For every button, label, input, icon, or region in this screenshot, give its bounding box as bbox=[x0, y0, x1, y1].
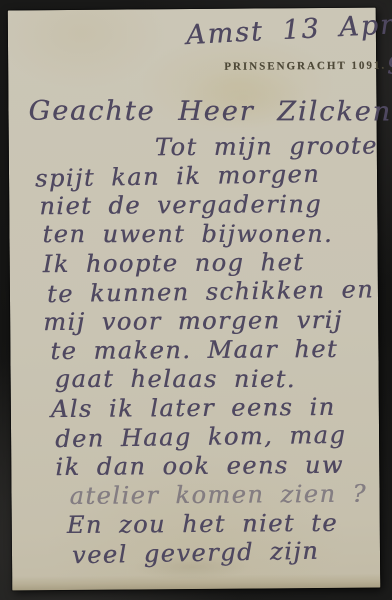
letterhead-address: PRINSENGRACHT 1091. bbox=[224, 59, 386, 72]
handwritten-date: Amst 13 April bbox=[185, 8, 392, 51]
letter-line: niet de vergadering bbox=[9, 190, 377, 222]
letter-paper: Amst 13 April PRINSENGRACHT 1091.91 Geac… bbox=[8, 8, 381, 591]
letter-line: Ik hoopte nog het bbox=[10, 248, 378, 280]
letter-line: Als ik later eens in bbox=[11, 393, 379, 425]
handwritten-year: 91 bbox=[387, 51, 392, 79]
letter-line: den Haag kom, mag bbox=[11, 420, 379, 454]
letterhead-row: PRINSENGRACHT 1091.91 bbox=[224, 51, 392, 81]
letter-line: ten uwent bijwonen. bbox=[9, 220, 377, 249]
paper-bottom-edge bbox=[12, 574, 380, 591]
letter-line: veel gevergd zijn bbox=[12, 536, 380, 572]
letter-line: spijt kan ik morgen bbox=[9, 159, 377, 194]
letter-line: ik dan ook eens uw bbox=[11, 451, 379, 483]
letter-line: te maken. Maar het bbox=[10, 335, 378, 367]
letter-line: atelier komen zien ? bbox=[11, 480, 379, 512]
letter-line: Tot mijn groote bbox=[9, 132, 377, 164]
photo-background: Amst 13 April PRINSENGRACHT 1091.91 Geac… bbox=[0, 0, 392, 600]
letter-line: gaat helaas niet. bbox=[11, 365, 379, 394]
letter-line: mij voor morgen vrij bbox=[10, 306, 378, 338]
letter-line: te kunnen schikken en bbox=[10, 275, 378, 309]
salutation: Geachte Heer Zilcken, bbox=[8, 91, 376, 134]
letter-body: Geachte Heer Zilcken, Tot mijn groote sp… bbox=[8, 90, 380, 570]
